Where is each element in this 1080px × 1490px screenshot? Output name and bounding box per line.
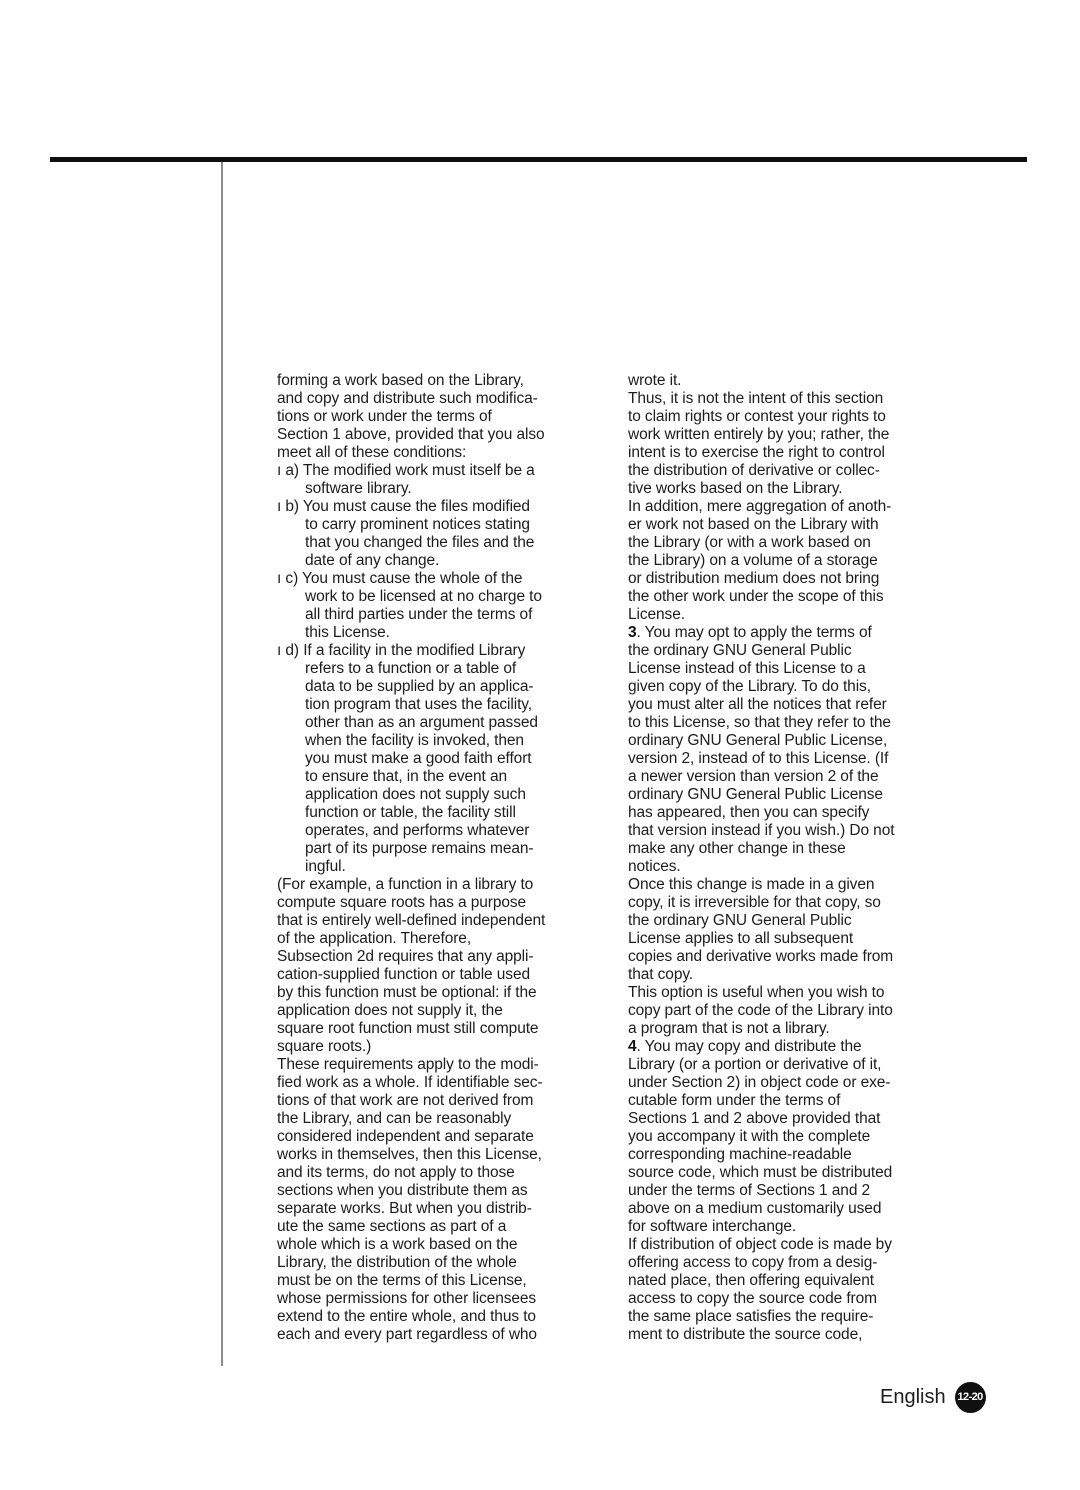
license-text-line: separate works. But when you distrib- [277, 1200, 597, 1218]
license-text-line: this License. [277, 624, 597, 642]
top-rule [50, 157, 1027, 162]
license-text-line: ordinary GNU General Public License [628, 786, 953, 804]
license-text-line: er work not based on the Library with [628, 516, 953, 534]
footer-language-label: English [880, 1381, 946, 1413]
license-text-line: that version instead if you wish.) Do no… [628, 822, 953, 840]
license-text-line: you must alter all the notices that refe… [628, 696, 953, 714]
license-text-line: the same place satisfies the require- [628, 1308, 953, 1326]
license-text-line: a program that is not a library. [628, 1020, 953, 1038]
license-text-line: that is entirely well-defined independen… [277, 912, 597, 930]
license-text-line: Thus, it is not the intent of this secti… [628, 390, 953, 408]
license-text-line: for software interchange. [628, 1218, 953, 1236]
license-text-line: access to copy the source code from [628, 1290, 953, 1308]
license-text-line: ment to distribute the source code, [628, 1326, 953, 1344]
license-text-line: application does not supply such [277, 786, 597, 804]
license-text-line: ute the same sections as part of a [277, 1218, 597, 1236]
license-text-line: If distribution of object code is made b… [628, 1236, 953, 1254]
license-text-line: forming a work based on the Library, [277, 372, 597, 390]
license-text-line: extend to the entire whole, and thus to [277, 1308, 597, 1326]
license-text-line: work to be licensed at no charge to [277, 588, 597, 606]
license-text-line: a newer version than version 2 of the [628, 768, 953, 786]
license-text-line: copy, it is irreversible for that copy, … [628, 894, 953, 912]
license-text-line: by this function must be optional: if th… [277, 984, 597, 1002]
license-text-line: data to be supplied by an applica- [277, 678, 597, 696]
license-text-line: wrote it. [628, 372, 953, 390]
license-text-line: This option is useful when you wish to [628, 984, 953, 1002]
license-text-line: sections when you distribute them as [277, 1182, 597, 1200]
license-text-line: corresponding machine-readable [628, 1146, 953, 1164]
license-text-line: ingful. [277, 858, 597, 876]
license-text-line: software library. [277, 480, 597, 498]
license-text-line: of the application. Therefore, [277, 930, 597, 948]
license-text-line: to claim rights or contest your rights t… [628, 408, 953, 426]
license-text-line: square roots.) [277, 1038, 597, 1056]
license-text-line: compute square roots has a purpose [277, 894, 597, 912]
license-text-line: under Section 2) in object code or exe- [628, 1074, 953, 1092]
license-text-line: ı c) You must cause the whole of the [277, 570, 597, 588]
license-text-line: source code, which must be distributed [628, 1164, 953, 1182]
license-text-line: notices. [628, 858, 953, 876]
license-text-line: Sections 1 and 2 above provided that [628, 1110, 953, 1128]
license-text-line: above on a medium customarily used [628, 1200, 953, 1218]
license-text-line: to ensure that, in the event an [277, 768, 597, 786]
license-text-line: operates, and performs whatever [277, 822, 597, 840]
license-text-line: has appeared, then you can specify [628, 804, 953, 822]
license-text-line: cation-supplied function or table used [277, 966, 597, 984]
left-margin-divider [221, 162, 223, 1366]
license-text-line: the Library, and can be reasonably [277, 1110, 597, 1128]
license-text-line: work written entirely by you; rather, th… [628, 426, 953, 444]
license-text-line: whole which is a work based on the [277, 1236, 597, 1254]
license-text-line: part of its purpose remains mean- [277, 840, 597, 858]
license-text-line: Subsection 2d requires that any appli- [277, 948, 597, 966]
license-text-line: the Library) on a volume of a storage [628, 552, 953, 570]
license-text-line: Once this change is made in a given [628, 876, 953, 894]
license-text-line: function or table, the facility still [277, 804, 597, 822]
license-text-line: square root function must still compute [277, 1020, 597, 1038]
license-text-line: you accompany it with the complete [628, 1128, 953, 1146]
license-text-line: and copy and distribute such modifica- [277, 390, 597, 408]
license-text-line: tions or work under the terms of [277, 408, 597, 426]
license-text-line: tions of that work are not derived from [277, 1092, 597, 1110]
license-text-left-column: forming a work based on the Library,and … [277, 372, 597, 1344]
license-text-line: Library, the distribution of the whole [277, 1254, 597, 1272]
license-text-line: Library (or a portion or derivative of i… [628, 1056, 953, 1074]
license-text-line: each and every part regardless of who [277, 1326, 597, 1344]
license-text-line: In addition, mere aggregation of anoth- [628, 498, 953, 516]
license-text-line: intent is to exercise the right to contr… [628, 444, 953, 462]
license-text-line: ı d) If a facility in the modified Libra… [277, 642, 597, 660]
page-number-badge: 12-20 [955, 1382, 986, 1413]
license-text-line: Section 1 above, provided that you also [277, 426, 597, 444]
page-footer: English 12-20 [880, 1381, 986, 1413]
license-text-line: under the terms of Sections 1 and 2 [628, 1182, 953, 1200]
license-text-line: nated place, then offering equivalent [628, 1272, 953, 1290]
license-text-line: other than as an argument passed [277, 714, 597, 732]
license-text-line: to this License, so that they refer to t… [628, 714, 953, 732]
license-text-line: refers to a function or a table of [277, 660, 597, 678]
license-text-line: or distribution medium does not bring [628, 570, 953, 588]
license-text-line: ı a) The modified work must itself be a [277, 462, 597, 480]
license-text-line: ordinary GNU General Public License, [628, 732, 953, 750]
document-page: forming a work based on the Library,and … [0, 0, 1080, 1490]
license-text-line: License. [628, 606, 953, 624]
license-text-line: all third parties under the terms of [277, 606, 597, 624]
license-text-line: the ordinary GNU General Public [628, 642, 953, 660]
license-text-line: must be on the terms of this License, [277, 1272, 597, 1290]
license-text-line: date of any change. [277, 552, 597, 570]
license-text-line: version 2, instead of to this License. (… [628, 750, 953, 768]
license-text-line: cutable form under the terms of [628, 1092, 953, 1110]
license-text-line: when the facility is invoked, then [277, 732, 597, 750]
license-text-line: to carry prominent notices stating [277, 516, 597, 534]
license-text-line: the Library (or with a work based on [628, 534, 953, 552]
license-text-line: the other work under the scope of this [628, 588, 953, 606]
license-text-line: 4. You may copy and distribute the [628, 1038, 953, 1056]
license-text-line: copy part of the code of the Library int… [628, 1002, 953, 1020]
license-text-line: copies and derivative works made from [628, 948, 953, 966]
license-text-line: (For example, a function in a library to [277, 876, 597, 894]
license-text-line: the ordinary GNU General Public [628, 912, 953, 930]
license-text-line: tive works based on the Library. [628, 480, 953, 498]
license-text-line: meet all of these conditions: [277, 444, 597, 462]
license-text-line: These requirements apply to the modi- [277, 1056, 597, 1074]
license-text-line: the distribution of derivative or collec… [628, 462, 953, 480]
license-text-line: considered independent and separate [277, 1128, 597, 1146]
license-text-line: offering access to copy from a desig- [628, 1254, 953, 1272]
license-text-line: tion program that uses the facility, [277, 696, 597, 714]
license-text-line: application does not supply it, the [277, 1002, 597, 1020]
license-text-line: that you changed the files and the [277, 534, 597, 552]
license-text-line: License instead of this License to a [628, 660, 953, 678]
license-text-line: 3. You may opt to apply the terms of [628, 624, 953, 642]
license-text-line: that copy. [628, 966, 953, 984]
license-text-line: fied work as a whole. If identifiable se… [277, 1074, 597, 1092]
license-text-line: and its terms, do not apply to those [277, 1164, 597, 1182]
license-text-line: License applies to all subsequent [628, 930, 953, 948]
license-text-line: given copy of the Library. To do this, [628, 678, 953, 696]
license-text-line: ı b) You must cause the files modified [277, 498, 597, 516]
license-text-right-column: wrote it.Thus, it is not the intent of t… [628, 372, 953, 1344]
license-text-line: whose permissions for other licensees [277, 1290, 597, 1308]
license-text-line: works in themselves, then this License, [277, 1146, 597, 1164]
license-text-line: make any other change in these [628, 840, 953, 858]
license-text-line: you must make a good faith effort [277, 750, 597, 768]
